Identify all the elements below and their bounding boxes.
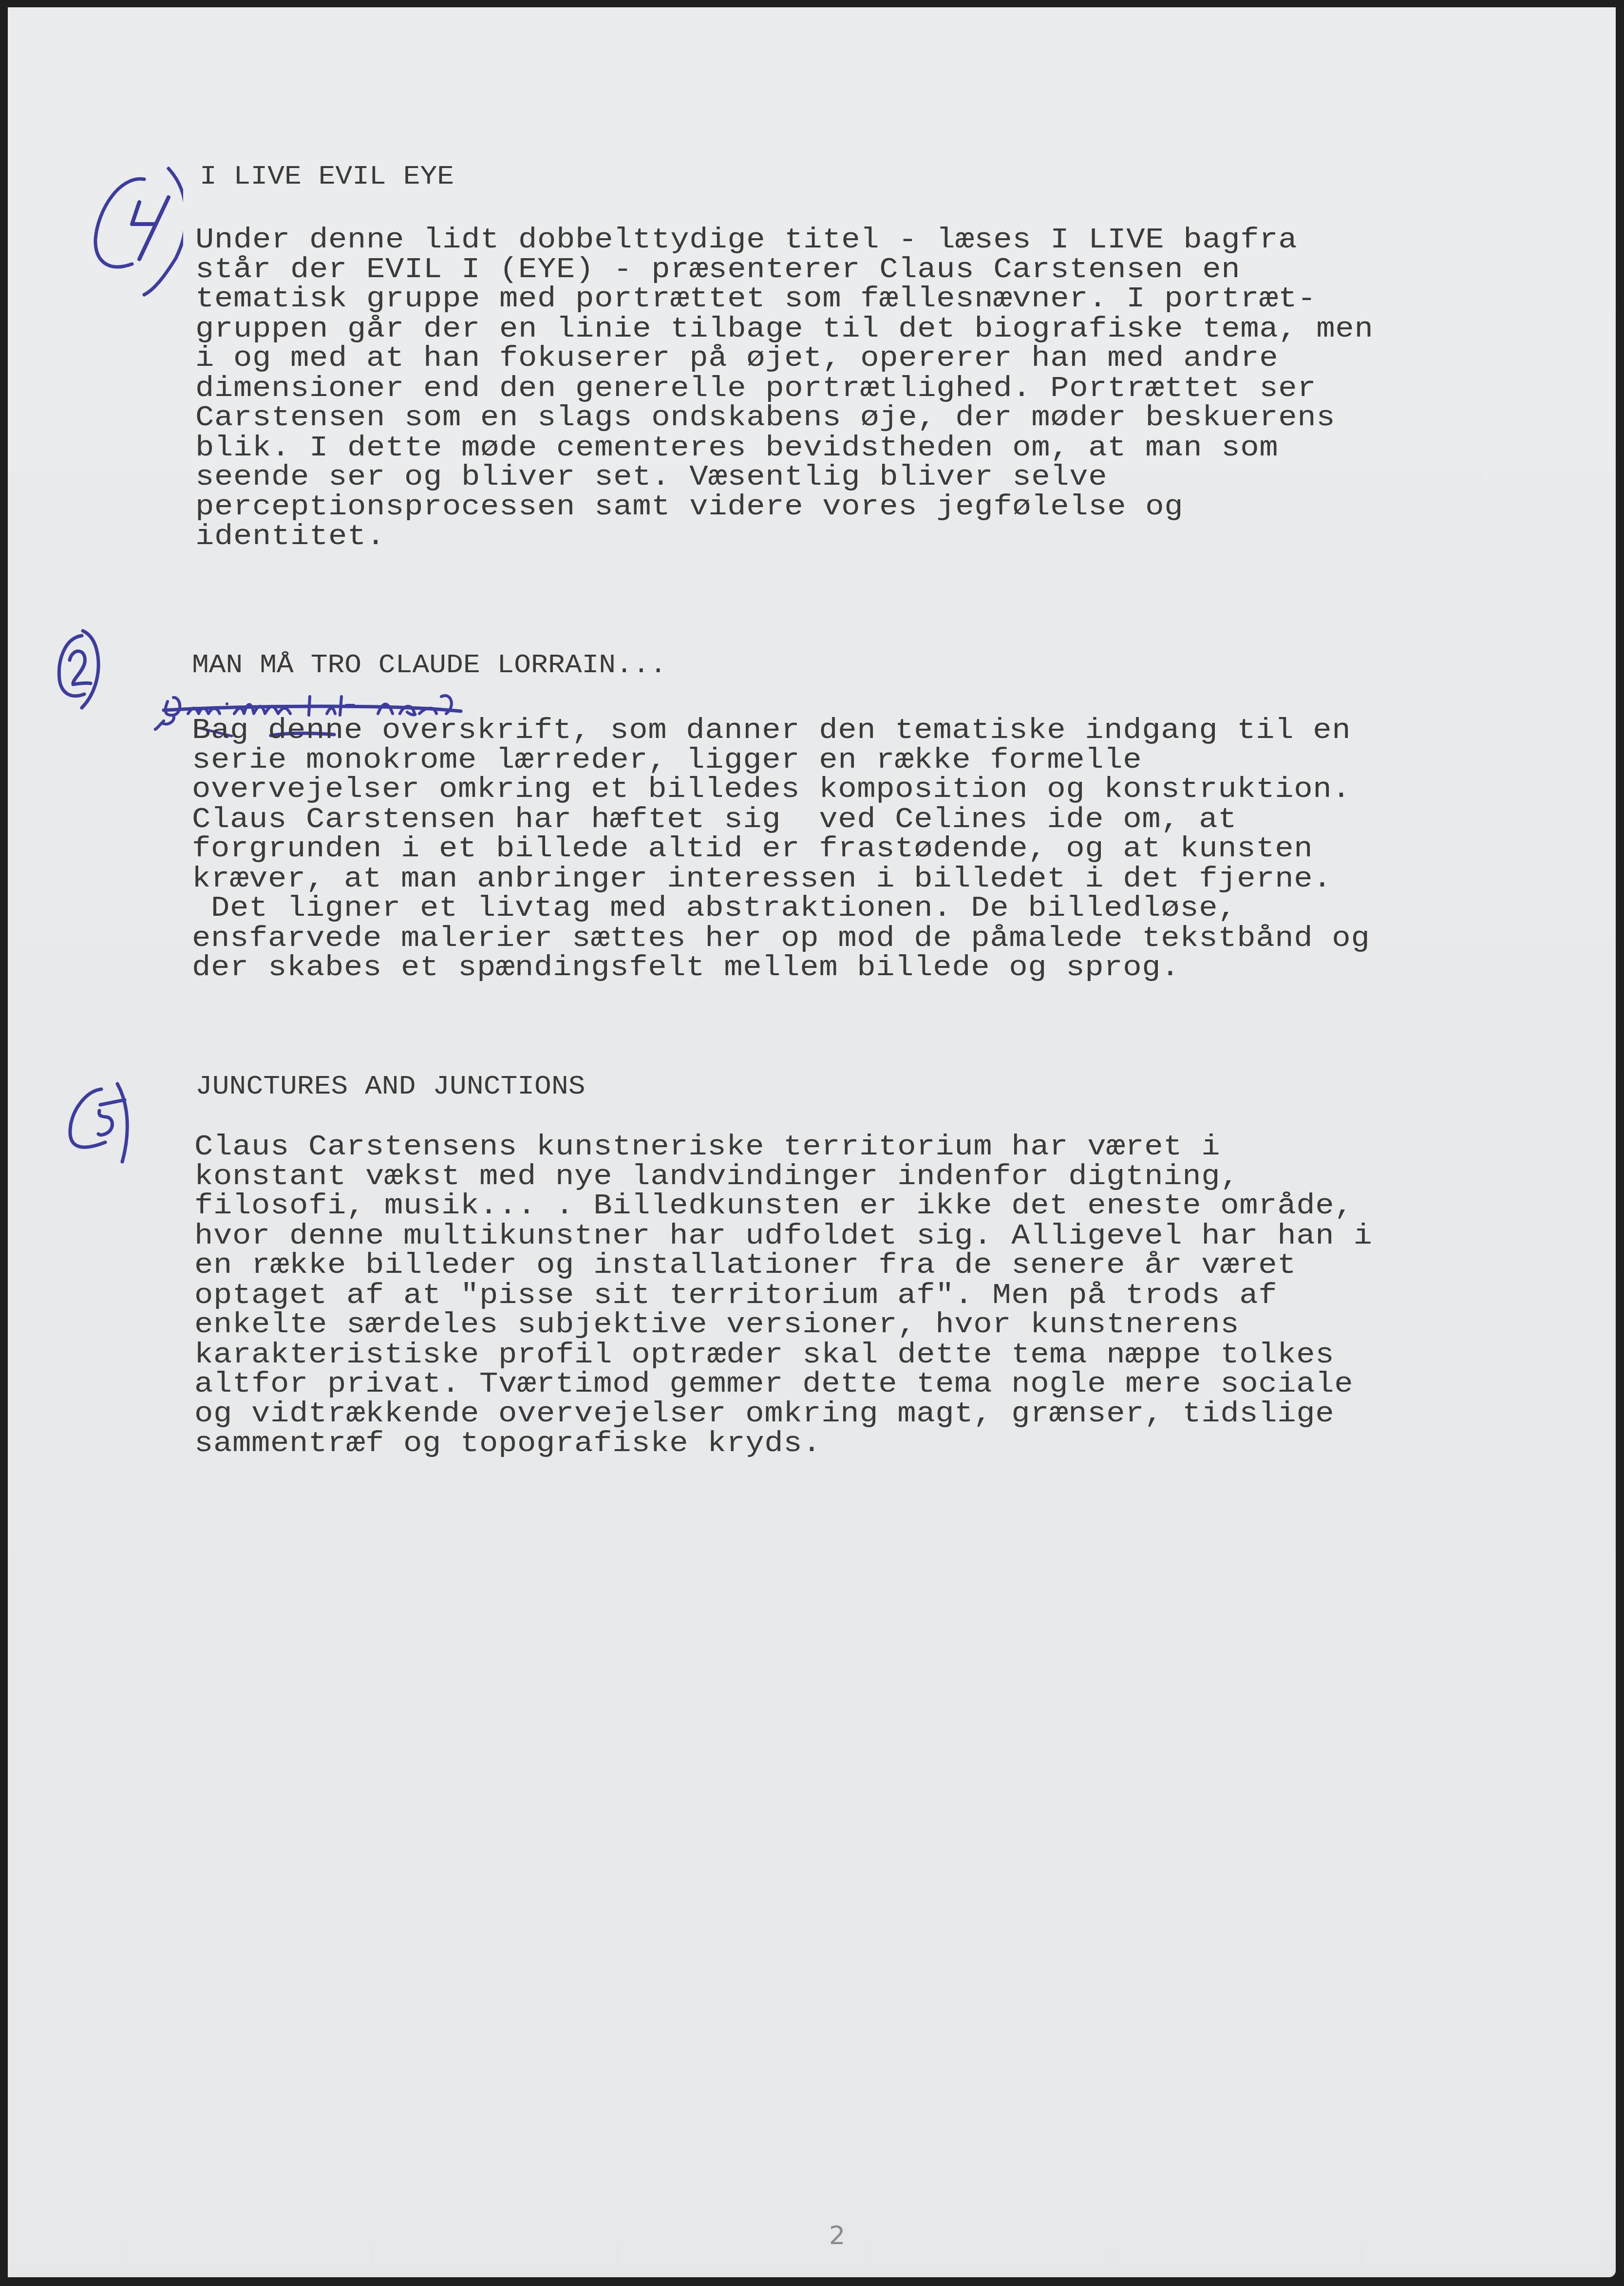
text-line: serie monokrome lærreder, ligger en rækk… <box>192 746 1370 775</box>
text-line: en række billeder og installationer fra … <box>194 1251 1372 1281</box>
text-line: gruppen går der en linie tilbage til det… <box>195 315 1373 344</box>
text-line: seende ser og bliver set. Væsentlig bliv… <box>195 463 1373 492</box>
section-title-man-maa-tro-claude-lorrain: MAN MÅ TRO CLAUDE LORRAIN... <box>192 651 667 680</box>
section-title-junctures-and-junctions: JUNCTURES AND JUNCTIONS <box>195 1072 585 1102</box>
text-line: hvor denne multikunstner har udfoldet si… <box>194 1222 1372 1251</box>
section-body-man-maa-tro-claude-lorrain: Bag denne overskrift, som danner den tem… <box>192 716 1370 983</box>
handwritten-number-4-icon <box>86 156 183 302</box>
text-line: Claus Carstensens kunstneriske territori… <box>194 1133 1372 1162</box>
text-line: optaget af at "pisse sit territorium af"… <box>194 1281 1372 1311</box>
text-line: Bag denne overskrift, som danner den tem… <box>192 716 1370 746</box>
text-line: der skabes et spændingsfelt mellem bille… <box>192 953 1370 983</box>
text-line: identitet. <box>195 522 1373 552</box>
text-line: i og med at han fokuserer på øjet, opere… <box>195 344 1373 374</box>
text-line: dimensioner end den generelle portrætlig… <box>195 374 1373 404</box>
text-line: blik. I dette møde cementeres bevidsthed… <box>195 433 1373 463</box>
document-page: I LIVE EVIL EYE Under denne lidt dobbelt… <box>8 7 1616 2277</box>
text-line: kræver, at man anbringer interessen i bi… <box>192 865 1370 894</box>
text-line: enkelte særdeles subjektive versioner, h… <box>194 1310 1372 1340</box>
text-line: karakteristiske profil optræder skal det… <box>194 1340 1372 1370</box>
text-line: konstant vækst med nye landvindinger ind… <box>194 1162 1372 1192</box>
text-line: står der EVIL I (EYE) - præsenterer Clau… <box>195 255 1373 285</box>
section-body-junctures-and-junctions: Claus Carstensens kunstneriske territori… <box>194 1133 1372 1459</box>
page-number: 2 <box>829 2221 845 2250</box>
text-line: Det ligner et livtag med abstraktionen. … <box>192 894 1370 924</box>
handwritten-number-5-icon <box>61 1081 134 1164</box>
text-line: altfor privat. Tværtimod gemmer dette te… <box>194 1370 1372 1399</box>
text-line: tematisk gruppe med portrættet som fælle… <box>195 285 1373 315</box>
text-line: ensfarvede malerier sættes her op mod de… <box>192 924 1370 953</box>
text-line: Carstensen som en slags ondskabens øje, … <box>195 403 1373 433</box>
text-line: Claus Carstensen har hæftet sig ved Celi… <box>192 805 1370 835</box>
section-body-i-live-evil-eye: Under denne lidt dobbelttydige titel - l… <box>195 226 1373 552</box>
text-line: filosofi, musik... . Billedkunsten er ik… <box>194 1192 1372 1222</box>
handwritten-number-2-icon <box>53 626 111 714</box>
section-title-i-live-evil-eye: I LIVE EVIL EYE <box>200 162 454 192</box>
text-line: perceptionsprocessen samt videre vores j… <box>195 492 1373 522</box>
text-line: forgrunden i et billede altid er frastød… <box>192 835 1370 865</box>
text-line: og vidtrækkende overvejelser omkring mag… <box>194 1399 1372 1429</box>
text-line: sammentræf og topografiske kryds. <box>194 1429 1372 1459</box>
text-line: overvejelser omkring et billedes komposi… <box>192 775 1370 805</box>
text-line: Under denne lidt dobbelttydige titel - l… <box>195 226 1373 255</box>
